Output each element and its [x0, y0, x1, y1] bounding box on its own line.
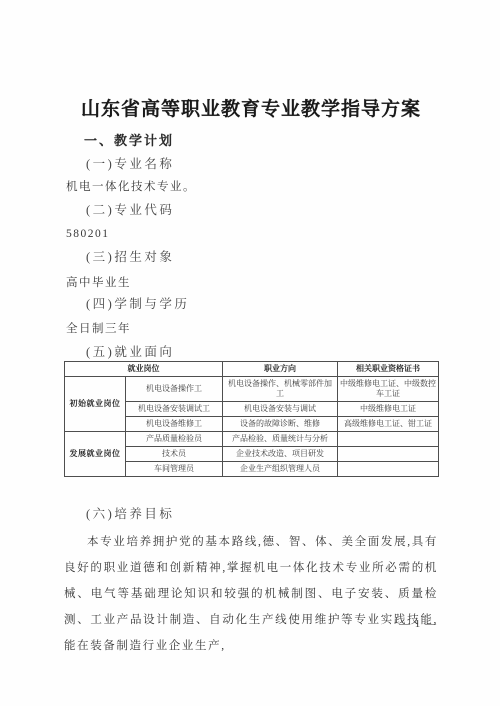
subsection-heading-training-objectives: (六)培养目标 — [86, 506, 438, 523]
cell-position: 技术员 — [126, 447, 223, 462]
section-heading-teaching-plan: 一、教学计划 — [84, 132, 438, 149]
cell-direction: 产品检验、质量统计与分析 — [223, 432, 338, 447]
table-row: 发展就业岗位 产品质量检验员 产品检验、质量统计与分析 — [65, 432, 439, 447]
schooling-text: 全日制三年 — [66, 323, 438, 336]
subsection-heading-enrollment-target: (三)招生对象 — [86, 249, 438, 266]
header-job-position: 就业岗位 — [65, 362, 223, 377]
cell-direction: 机电设备安装与调试 — [223, 402, 338, 417]
cell-direction: 企业技术改造、项目研发 — [223, 447, 338, 462]
subsection-heading-major-code: (二)专业代码 — [86, 202, 438, 219]
enrollment-target-text: 高中毕业生 — [66, 277, 438, 290]
group-development-jobs: 发展就业岗位 — [65, 432, 126, 477]
cell-direction: 设备的故障诊断、维修 — [223, 417, 338, 432]
subsection-heading-major-name: (一)专业名称 — [86, 156, 438, 173]
cell-cert — [338, 432, 439, 447]
major-name-text: 机电一体化技术专业。 — [66, 181, 438, 194]
cell-direction: 机电设备操作、机械零部件加工 — [223, 377, 338, 402]
major-code-text: 580201 — [66, 228, 438, 241]
training-objectives-paragraph: 本专业培养拥护党的基本路线,德、智、体、美全面发展,具有良好的职业道德和创新精神… — [64, 529, 438, 659]
cell-cert — [338, 462, 439, 477]
table-header-row: 就业岗位 职业方向 相关职业资格证书 — [65, 362, 439, 377]
subsection-heading-schooling: (四)学制与学历 — [86, 296, 438, 313]
group-initial-jobs: 初始就业岗位 — [65, 377, 126, 432]
cell-cert: 中级维修电工证 — [338, 402, 439, 417]
table-row: 初始就业岗位 机电设备操作工 机电设备操作、机械零部件加工 中级维修电工证、中级… — [65, 377, 439, 402]
cell-cert — [338, 447, 439, 462]
employment-table: 就业岗位 职业方向 相关职业资格证书 初始就业岗位 机电设备操作工 机电设备操作… — [64, 361, 439, 477]
cell-position: 机电设备安装调试工 — [126, 402, 223, 417]
header-qualification-cert: 相关职业资格证书 — [338, 362, 439, 377]
subsection-heading-employment: (五)就业面向 — [86, 344, 438, 361]
page-number: — 1 — — [399, 618, 437, 630]
cell-position: 机电设备维修工 — [126, 417, 223, 432]
cell-position: 车间管理员 — [126, 462, 223, 477]
cell-position: 机电设备操作工 — [126, 377, 223, 402]
document-title: 山东省高等职业教育专业教学指导方案 — [64, 97, 438, 123]
cell-cert: 中级维修电工证、中级数控车工证 — [338, 377, 439, 402]
cell-direction: 企业生产组织管理人员 — [223, 462, 338, 477]
header-career-direction: 职业方向 — [223, 362, 338, 377]
cell-cert: 高级维修电工证、钳工证 — [338, 417, 439, 432]
document-page: 山东省高等职业教育专业教学指导方案 一、教学计划 (一)专业名称 机电一体化技术… — [0, 0, 500, 706]
cell-position: 产品质量检验员 — [126, 432, 223, 447]
